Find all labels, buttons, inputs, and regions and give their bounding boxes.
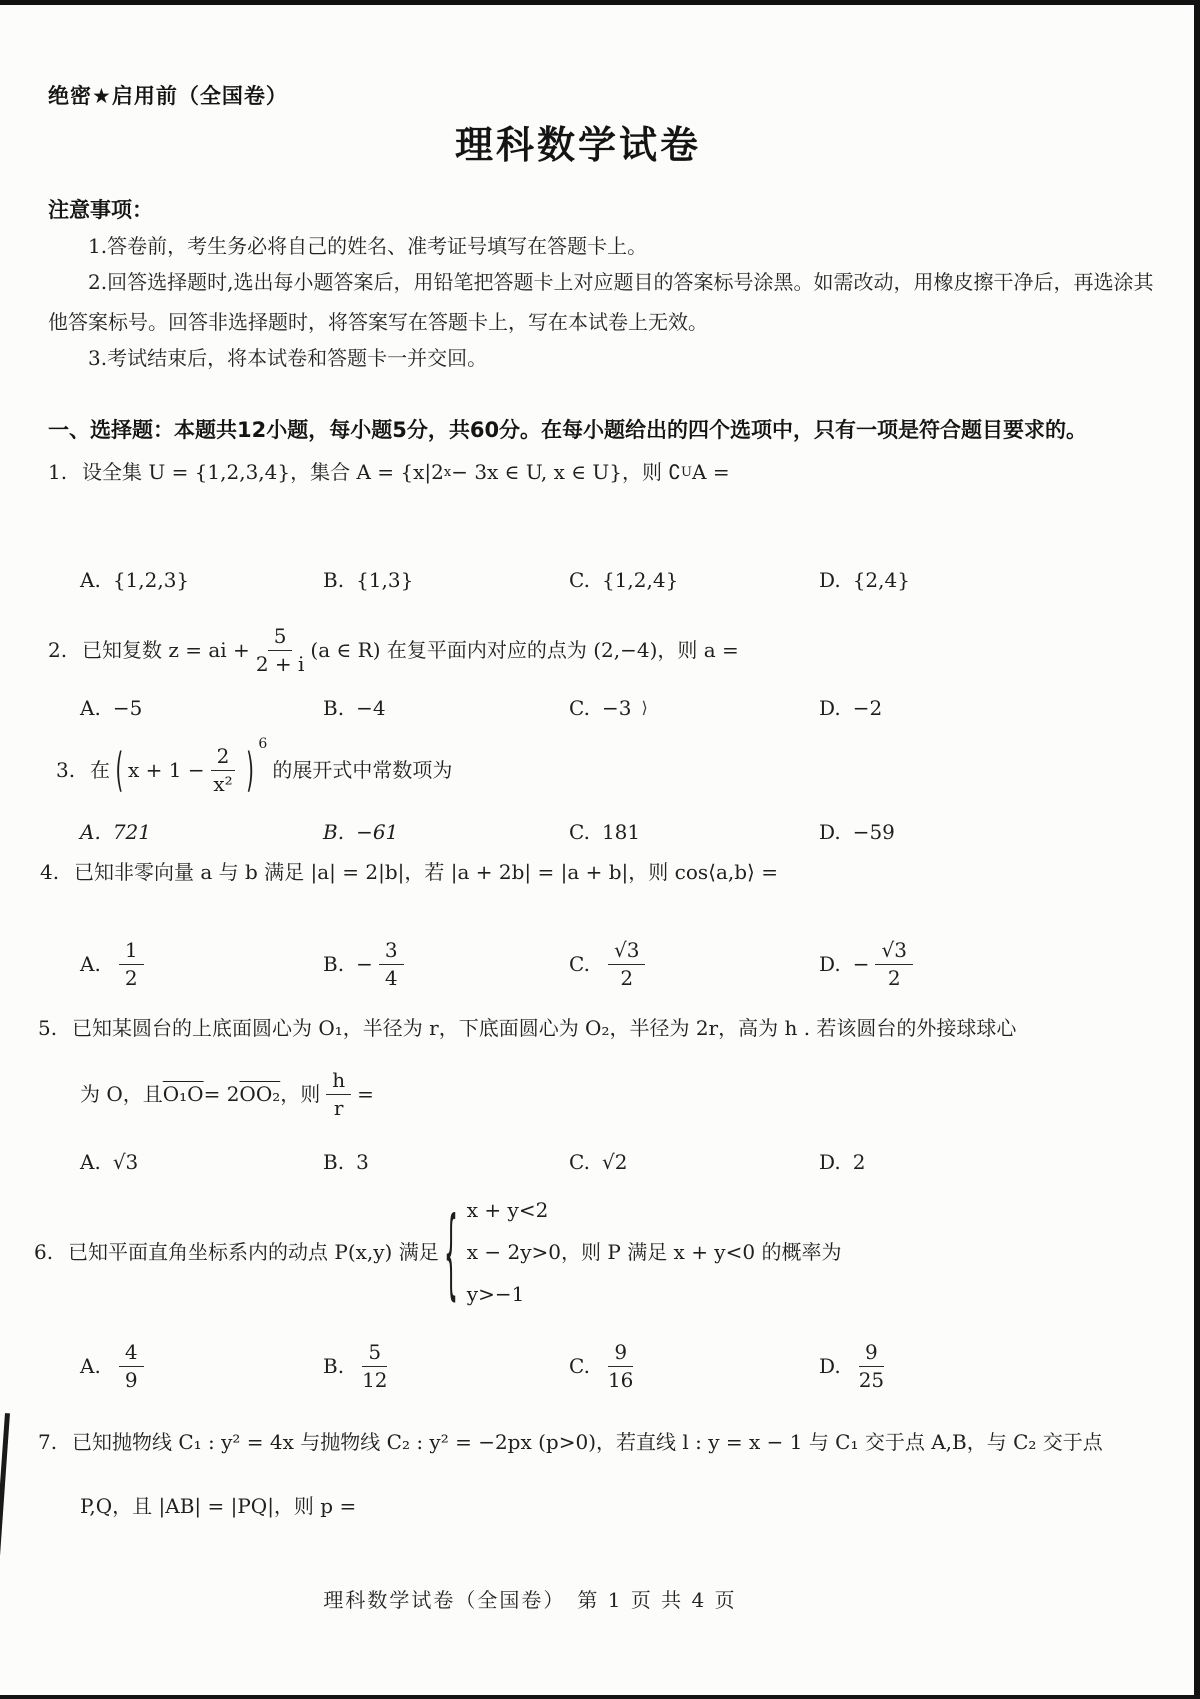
option-5a-value: √3 (113, 1152, 138, 1172)
option-4b-denominator: 4 (385, 965, 398, 990)
option-5b-label: B. (323, 1152, 344, 1172)
question-5-stem-2a: 为 O，且 (80, 1084, 163, 1104)
note-item-2: 2.回答选择题时,选出每小题答案后，用铅笔把答题卡上对应题目的答案标号涂黑。如需… (48, 262, 1154, 342)
option-3b-value: −61 (356, 822, 398, 842)
option-2d: D.−2 (819, 698, 1160, 718)
option-4a-numerator: 1 (119, 939, 144, 965)
option-4d-denominator: 2 (888, 965, 901, 990)
option-2b: B.−4 (323, 698, 569, 718)
option-2d-label: D. (819, 698, 841, 718)
question-4-number: 4. (40, 862, 74, 882)
option-4c-fraction: √32 (608, 939, 645, 990)
option-4a-label: A. (80, 954, 101, 974)
option-6d-numerator: 9 (859, 1341, 884, 1367)
page-title: 理科数学试卷 (48, 126, 1108, 164)
option-3a: A.721 (80, 822, 323, 842)
option-6d-denominator: 25 (859, 1367, 884, 1392)
question-1-options: A.{1,2,3} B.{1,3} C.{1,2,4} D.{2,4} (80, 570, 1160, 590)
option-6d-fraction: 925 (859, 1341, 884, 1392)
system-line-3: y>−1 (467, 1273, 561, 1315)
option-3b: B.−61 (323, 822, 569, 842)
option-3d-value: −59 (853, 822, 895, 842)
question-7-number: 7. (38, 1432, 72, 1452)
question-3-fraction: 2x² (211, 745, 236, 796)
question-1-stem-3: A = (692, 462, 730, 482)
option-4d-label: D. (819, 954, 841, 974)
security-classification: 绝密★启用前（全国卷） (48, 86, 288, 107)
option-4b-sign: − (356, 954, 373, 974)
option-4a-fraction: 12 (119, 939, 144, 990)
question-2-stem-2: (a ∈ R) 在复平面内对应的点为 (2,−4)，则 a = (310, 640, 738, 660)
option-6c-numerator: 9 (608, 1341, 633, 1367)
option-2b-value: −4 (356, 698, 385, 718)
question-3: 3. 在 ( x + 1 − 2x² ) 6 的展开式中常数项为 (56, 728, 452, 812)
option-6b-denominator: 12 (362, 1367, 387, 1392)
question-6: 6. 已知平面直角坐标系内的动点 P(x,y) 满足 { x + y<2 x −… (34, 1182, 841, 1322)
option-6c-fraction: 916 (608, 1341, 633, 1392)
option-4b-label: B. (323, 954, 344, 974)
question-2-stem-1: 已知复数 z = ai + (82, 640, 250, 660)
question-3-inner: x + 1 − (128, 760, 205, 780)
option-5d: D.2 (819, 1152, 1160, 1172)
option-4b: B.−34 (323, 939, 569, 990)
question-2-fraction-numerator: 5 (268, 625, 293, 651)
question-3-stem-2: 的展开式中常数项为 (272, 760, 452, 780)
exam-page: 绝密★启用前（全国卷） 理科数学试卷 注意事项： 1.答卷前，考生务必将自己的姓… (0, 0, 1200, 1699)
question-3-fraction-numerator: 2 (211, 745, 236, 771)
option-6a: A.49 (80, 1341, 323, 1392)
option-1c-value: {1,2,4} (602, 570, 678, 590)
question-1-subscript: U (681, 466, 692, 479)
system-line-2: x − 2y>0 (467, 1231, 561, 1273)
question-5-options: A.√3 B.3 C.√2 D.2 (80, 1152, 1160, 1172)
question-1-superscript: x (444, 466, 451, 479)
option-4a-denominator: 2 (125, 965, 138, 990)
question-7: 7. 已知抛物线 C₁ : y² = 4x 与抛物线 C₂ : y² = −2p… (38, 1432, 1103, 1452)
vector-OO2: OO₂ (239, 1084, 280, 1104)
question-3-exponent: 6 (258, 737, 267, 751)
option-4d-fraction: √32 (875, 939, 912, 990)
question-5-fraction: hr (326, 1069, 351, 1120)
option-4b-fraction: 34 (379, 939, 404, 990)
option-6b-numerator: 5 (362, 1341, 387, 1367)
note-item-1: 1.答卷前，考生务必将自己的姓名、准考证号填写在答题卡上。 (48, 226, 1154, 266)
option-3a-label: A. (80, 822, 101, 842)
scan-edge-bottom (0, 1695, 1200, 1699)
question-7-stem-1: 已知抛物线 C₁ : y² = 4x 与抛物线 C₂ : y² = −2px (… (72, 1432, 1103, 1452)
option-2a-label: A. (80, 698, 101, 718)
question-1-number: 1. (48, 462, 82, 482)
option-5d-label: D. (819, 1152, 841, 1172)
option-4d: D.−√32 (819, 939, 1160, 990)
notes-heading: 注意事项： (48, 200, 153, 221)
question-2: 2. 已知复数 z = ai + 52 + i (a ∈ R) 在复平面内对应的… (48, 612, 739, 688)
question-6-stem-1: 已知平面直角坐标系内的动点 P(x,y) 满足 (68, 1242, 439, 1262)
option-6b: B.512 (323, 1341, 569, 1392)
option-1b: B.{1,3} (323, 570, 569, 590)
scan-edge-top (0, 0, 1200, 5)
option-5b: B.3 (323, 1152, 569, 1172)
option-1a-value: {1,2,3} (113, 570, 189, 590)
question-6-system: x + y<2 x − 2y>0 y>−1 (467, 1189, 561, 1315)
question-7-line-2: P,Q，且 |AB| = |PQ|，则 p = (80, 1496, 356, 1516)
option-6d: D.925 (819, 1341, 1160, 1392)
note-item-3: 3.考试结束后，将本试卷和答题卡一并交回。 (48, 338, 1154, 378)
option-6a-fraction: 49 (119, 1341, 144, 1392)
option-4c-numerator: √3 (608, 939, 645, 965)
option-1b-value: {1,3} (356, 570, 413, 590)
option-1d: D.{2,4} (819, 570, 1160, 590)
question-1-stem-2: − 3x ∈ U, x ∈ U}，则 ∁ (451, 462, 681, 482)
option-6a-denominator: 9 (125, 1367, 138, 1392)
option-3d-label: D. (819, 822, 841, 842)
option-1a-label: A. (80, 570, 101, 590)
option-5b-value: 3 (356, 1152, 369, 1172)
option-4c: C.√32 (569, 939, 819, 990)
question-5-stem-1: 已知某圆台的上底面圆心为 O₁，半径为 r，下底面圆心为 O₂，半径为 2r，高… (72, 1018, 1016, 1038)
vector-O1O: O₁O (163, 1084, 204, 1104)
option-5a-label: A. (80, 1152, 101, 1172)
question-2-number: 2. (48, 640, 82, 660)
system-line-1: x + y<2 (467, 1189, 561, 1231)
option-4d-numerator: √3 (875, 939, 912, 965)
question-6-options: A.49 B.512 C.916 D.925 (80, 1326, 1160, 1406)
option-5c-value: √2 (602, 1152, 627, 1172)
option-5c-label: C. (569, 1152, 590, 1172)
question-5-stem-2b: = 2 (204, 1084, 240, 1104)
option-3c-value: 181 (602, 822, 640, 842)
question-3-stem-1: 在 (90, 760, 110, 780)
question-5-fraction-denominator: r (334, 1095, 344, 1120)
option-2d-value: −2 (853, 698, 882, 718)
question-7-stem-2: P,Q，且 |AB| = |PQ|，则 p = (80, 1496, 356, 1516)
option-3c-label: C. (569, 822, 590, 842)
option-2a-value: −5 (113, 698, 142, 718)
question-2-fraction-denominator: 2 + i (256, 651, 305, 676)
question-3-number: 3. (56, 760, 90, 780)
option-2c-label: C. (569, 698, 590, 718)
option-3d: D.−59 (819, 822, 1160, 842)
option-2a: A.−5 (80, 698, 323, 718)
option-4b-numerator: 3 (379, 939, 404, 965)
question-1-stem-1: 设全集 U = {1,2,3,4}，集合 A = {x|2 (82, 462, 444, 482)
option-4c-label: C. (569, 954, 590, 974)
question-5-number: 5. (38, 1018, 72, 1038)
option-6c-denominator: 16 (608, 1367, 633, 1392)
option-6c-label: C. (569, 1356, 590, 1376)
option-5c: C.√2 (569, 1152, 819, 1172)
option-6c: C.916 (569, 1341, 819, 1392)
question-3-options: A.721 B.−61 C.181 D.−59 (80, 822, 1160, 842)
option-6d-label: D. (819, 1356, 841, 1376)
question-5-fraction-numerator: h (326, 1069, 351, 1095)
option-1c-label: C. (569, 570, 590, 590)
question-5-stem-2d: = (357, 1084, 374, 1104)
option-6a-numerator: 4 (119, 1341, 144, 1367)
option-3b-label: B. (323, 822, 344, 842)
question-5-stem-2c: ，则 (280, 1084, 320, 1104)
scan-artifact: ⟩ (641, 700, 647, 716)
scan-edge-right (1194, 0, 1200, 1699)
question-4-stem: 已知非零向量 a 与 b 满足 |a| = 2|b|，若 |a + 2b| = … (74, 862, 778, 882)
section-title: 一、选择题：本题共12小题，每小题5分，共60分。在每小题给出的四个选项中，只有… (48, 420, 1178, 441)
option-6b-fraction: 512 (362, 1341, 387, 1392)
option-4d-sign: − (853, 954, 870, 974)
question-6-stem-2: ，则 P 满足 x + y<0 的概率为 (561, 1242, 841, 1262)
question-4-options: A.12 B.−34 C.√32 D.−√32 (80, 926, 1160, 1002)
option-2c: C.−3⟩ (569, 698, 819, 718)
close-paren: ) (244, 747, 256, 793)
option-1d-label: D. (819, 570, 841, 590)
option-3c: C.181 (569, 822, 819, 842)
option-1b-label: B. (323, 570, 344, 590)
option-2c-value: −3 (602, 698, 631, 718)
question-1: 1. 设全集 U = {1,2,3,4}，集合 A = {x|2x − 3x ∈… (48, 462, 730, 482)
question-2-options: A.−5 B.−4 C.−3⟩ D.−2 (80, 698, 1160, 718)
option-4a: A.12 (80, 939, 323, 990)
scan-edge-left (0, 1413, 10, 1613)
open-paren: ( (113, 747, 125, 793)
question-3-fraction-denominator: x² (213, 771, 232, 796)
option-3a-value: 721 (113, 822, 151, 842)
question-5-line-2: 为 O，且 O₁O = 2 OO₂ ，则 hr = (80, 1062, 374, 1126)
page-footer: 理科数学试卷（全国卷） 第 1 页 共 4 页 (0, 1590, 1060, 1610)
option-1a: A.{1,2,3} (80, 570, 323, 590)
option-4c-denominator: 2 (620, 965, 633, 990)
option-5d-value: 2 (853, 1152, 866, 1172)
question-6-number: 6. (34, 1242, 68, 1262)
question-2-fraction: 52 + i (256, 625, 305, 676)
system-brace: { (444, 1203, 457, 1301)
option-5a: A.√3 (80, 1152, 323, 1172)
option-2b-label: B. (323, 698, 344, 718)
question-4: 4. 已知非零向量 a 与 b 满足 |a| = 2|b|，若 |a + 2b|… (40, 862, 778, 882)
option-1d-value: {2,4} (853, 570, 910, 590)
option-6a-label: A. (80, 1356, 101, 1376)
option-6b-label: B. (323, 1356, 344, 1376)
question-5: 5. 已知某圆台的上底面圆心为 O₁，半径为 r，下底面圆心为 O₂，半径为 2… (38, 1018, 1016, 1038)
option-1c: C.{1,2,4} (569, 570, 819, 590)
